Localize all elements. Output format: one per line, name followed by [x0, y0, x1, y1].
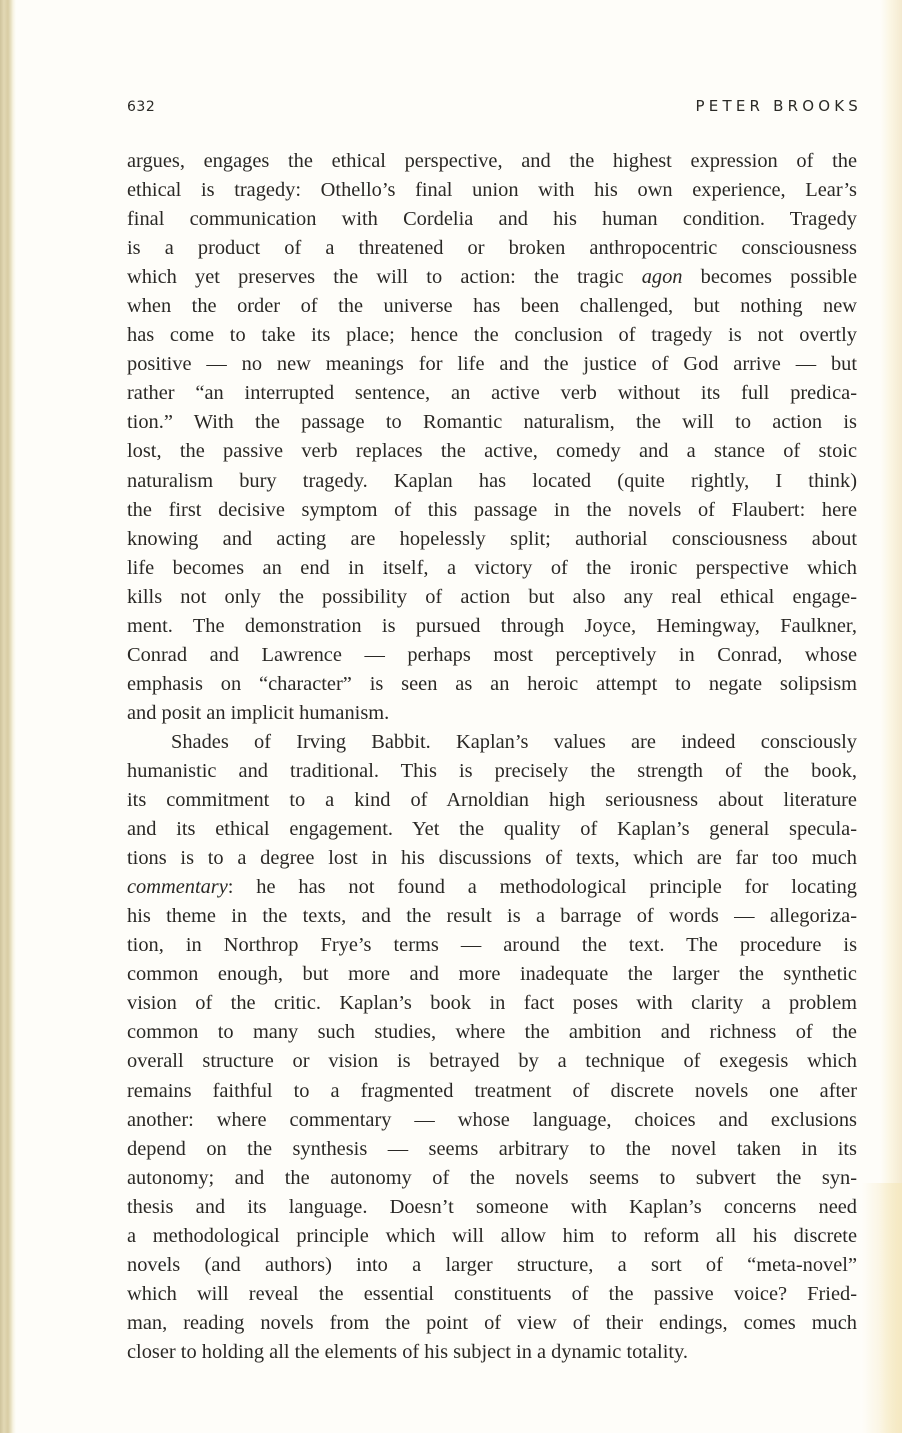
text-line: tion, in Northrop Frye’s terms — around … — [127, 931, 857, 960]
text-line: when the order of the universe has been … — [127, 292, 857, 321]
running-head: 632 PETER BROOKS — [127, 97, 858, 119]
text-line: its commitment to a kind of Arnoldian hi… — [127, 786, 857, 815]
page-edge-shading — [862, 1183, 902, 1433]
text-line: common to many such studies, where the a… — [127, 1018, 857, 1047]
text-line: common enough, but more and more inadequ… — [127, 960, 857, 989]
paragraph-1: argues, engages the ethical perspective,… — [127, 147, 857, 728]
text-line: man, reading novels from the point of vi… — [127, 1309, 857, 1338]
text-line: vision of the critic. Kaplan’s book in f… — [127, 989, 857, 1018]
page-number: 632 — [127, 99, 155, 115]
text-line: his theme in the texts, and the result i… — [127, 902, 857, 931]
text-line: positive — no new meanings for life and … — [127, 350, 857, 379]
text-line: and its ethical engagement. Yet the qual… — [127, 815, 857, 844]
text-line: novels (and authors) into a larger struc… — [127, 1251, 857, 1280]
text-line: life becomes an end in itself, a victory… — [127, 554, 857, 583]
text-line: is a product of a threatened or broken a… — [127, 234, 857, 263]
text-line: final communication with Cordelia and hi… — [127, 205, 857, 234]
text-line: Conrad and Lawrence — perhaps most perce… — [127, 641, 857, 670]
text-line: has come to take its place; hence the co… — [127, 321, 857, 350]
text-line: overall structure or vision is betrayed … — [127, 1047, 857, 1076]
paragraph-2: Shades of Irving Babbit. Kaplan’s values… — [127, 728, 857, 1367]
text-line: tions is to a degree lost in his discuss… — [127, 844, 857, 873]
italic-term-commentary: commentary — [127, 876, 228, 898]
text-line: knowing and acting are hopelessly split;… — [127, 525, 857, 554]
text-line: thesis and its language. Doesn’t someone… — [127, 1193, 857, 1222]
text-line: emphasis on “character” is seen as an he… — [127, 670, 857, 699]
text-line: and posit an implicit humanism. — [127, 699, 857, 728]
text-line: the first decisive symptom of this passa… — [127, 496, 857, 525]
text-line: naturalism bury tragedy. Kaplan has loca… — [127, 467, 857, 496]
book-page: 632 PETER BROOKS argues, engages the eth… — [0, 0, 902, 1433]
body-text: argues, engages the ethical perspective,… — [127, 147, 857, 1367]
text-line: humanistic and traditional. This is prec… — [127, 757, 857, 786]
text-line: closer to holding all the elements of hi… — [127, 1338, 857, 1367]
text-segment: : he has not found a methodological prin… — [228, 876, 857, 898]
text-line: rather “an interrupted sentence, an acti… — [127, 379, 857, 408]
text-segment: becomes possible — [682, 266, 857, 288]
text-line: ment. The demonstration is pursued throu… — [127, 612, 857, 641]
text-line: another: where commentary — whose langua… — [127, 1106, 857, 1135]
text-line: commentary: he has not found a methodolo… — [127, 873, 857, 902]
text-line: kills not only the possibility of action… — [127, 583, 857, 612]
text-line: which will reveal the essential constitu… — [127, 1280, 857, 1309]
italic-term-agon: agon — [642, 266, 683, 288]
text-line: ethical is tragedy: Othello’s final unio… — [127, 176, 857, 205]
text-line: Shades of Irving Babbit. Kaplan’s values… — [127, 728, 857, 757]
text-line: lost, the passive verb replaces the acti… — [127, 437, 857, 466]
text-line: tion.” With the passage to Romantic natu… — [127, 408, 857, 437]
text-line: a methodological principle which will al… — [127, 1222, 857, 1251]
text-line: depend on the synthesis — seems arbitrar… — [127, 1135, 857, 1164]
author-running-head: PETER BROOKS — [696, 97, 862, 115]
text-line: argues, engages the ethical perspective,… — [127, 147, 857, 176]
text-line: remains faithful to a fragmented treatme… — [127, 1077, 857, 1106]
text-line: which yet preserves the will to action: … — [127, 263, 857, 292]
text-segment: which yet preserves the will to action: … — [127, 266, 642, 288]
text-line: autonomy; and the autonomy of the novels… — [127, 1164, 857, 1193]
